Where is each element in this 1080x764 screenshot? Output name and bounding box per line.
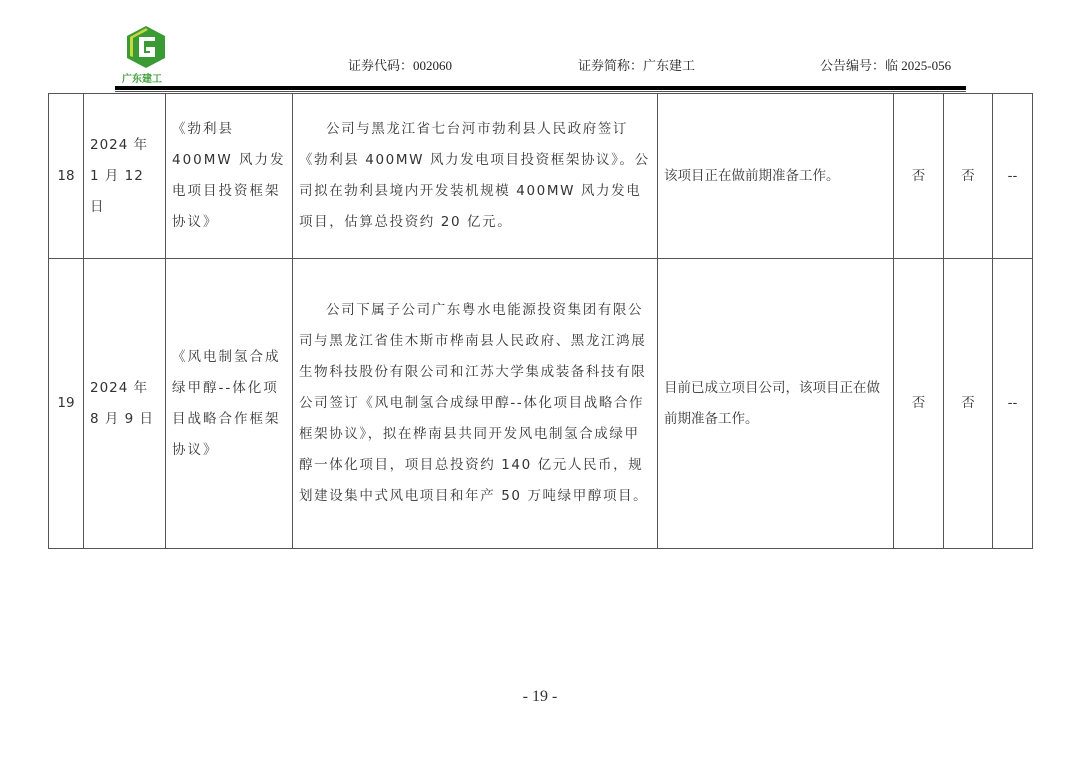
note-col-8: --: [993, 259, 1033, 549]
agreement-name: 《风电制氢合成绿甲醇--体化项目战略合作框架协议》: [166, 259, 293, 549]
agreement-content: 公司与黑龙江省七台河市勃利县人民政府签订《勃利县 400MW 风力发电项目投资框…: [293, 94, 658, 259]
flag-col-7: 否: [944, 259, 993, 549]
logo-text: 广东建工: [122, 70, 162, 85]
signing-date: 2024 年 8 月 9 日: [84, 259, 166, 549]
page-number: - 19 -: [0, 688, 1080, 706]
flag-col-6: 否: [894, 94, 944, 259]
stock-code: 证券代码：002060: [348, 55, 452, 74]
stock-abbreviation: 证券简称：广东建工: [578, 55, 695, 74]
row-number: 19: [49, 259, 84, 549]
signing-date: 2024 年 1 月 12 日: [84, 94, 166, 259]
flag-col-7: 否: [944, 94, 993, 259]
logo-g-icon: [127, 26, 165, 68]
progress-status: 目前已成立项目公司，该项目正在做前期准备工作。: [658, 259, 894, 549]
note-col-8: --: [993, 94, 1033, 259]
agreements-table: 18 2024 年 1 月 12 日 《勃利县 400MW 风力发电项目投资框架…: [48, 93, 1033, 549]
table-row: 19 2024 年 8 月 9 日 《风电制氢合成绿甲醇--体化项目战略合作框架…: [49, 259, 1033, 549]
table-row: 18 2024 年 1 月 12 日 《勃利县 400MW 风力发电项目投资框架…: [49, 94, 1033, 259]
row-number: 18: [49, 94, 84, 259]
agreement-name: 《勃利县 400MW 风力发电项目投资框架协议》: [166, 94, 293, 259]
company-logo: 广东建工: [120, 26, 172, 82]
agreement-content: 公司下属子公司广东粤水电能源投资集团有限公司与黑龙江省佳木斯市桦南县人民政府、黑…: [293, 259, 658, 549]
header-rule-thin: [115, 91, 966, 92]
flag-col-6: 否: [894, 259, 944, 549]
progress-status: 该项目正在做前期准备工作。: [658, 94, 894, 259]
announcement-number: 公告编号：临 2025-056: [820, 55, 951, 74]
header-rule-thick: [115, 86, 966, 90]
